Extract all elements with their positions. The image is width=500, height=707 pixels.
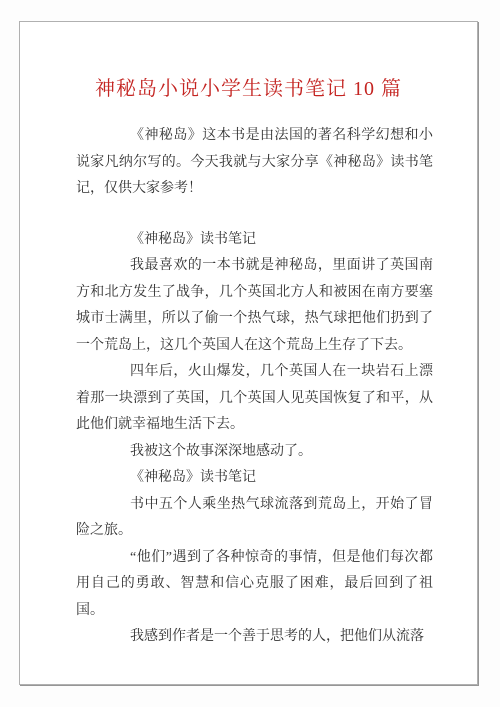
paragraph-section-heading-1: 《神秘岛》读书笔记 xyxy=(76,227,433,254)
paragraph-note-1-continued: 四年后，火山爆发，几个英国人在一块岩石上漂着那一块漂到了英国，几个英国人见英国恢… xyxy=(76,359,433,439)
paragraph-note-1-body: 我最喜欢的一本书就是神秘岛，里面讲了英国南方和北方发生了战争，几个英国北方人和被… xyxy=(76,253,433,359)
document-title: 神秘岛小说小学生读书笔记 10 篇 xyxy=(20,74,477,104)
paragraph-section-heading-2: 《神秘岛》读书笔记 xyxy=(76,465,433,492)
paragraph-note-1-closing: 我被这个故事深深地感动了。 xyxy=(76,439,433,466)
paragraph-intro: 《神秘岛》这本书是由法国的著名科学幻想和小说家凡纳尔写的。今天我就与大家分享《神… xyxy=(76,123,433,203)
document-body: 《神秘岛》这本书是由法国的著名科学幻想和小说家凡纳尔写的。今天我就与大家分享《神… xyxy=(76,123,433,651)
paragraph-note-2-body: 书中五个人乘坐热气球流落到荒岛上，开始了冒险之旅。 xyxy=(76,492,433,545)
paragraph-note-2-truncated: 我感到作者是一个善于思考的人，把他们从流落 xyxy=(76,624,433,651)
document-page: 神秘岛小说小学生读书笔记 10 篇 《神秘岛》这本书是由法国的著名科学幻想和小说… xyxy=(19,21,478,685)
paragraph-note-2-continued: “他们”遇到了各种惊奇的事情，但是他们每次都用自己的勇敢、智慧和信心克服了困难，… xyxy=(76,545,433,625)
